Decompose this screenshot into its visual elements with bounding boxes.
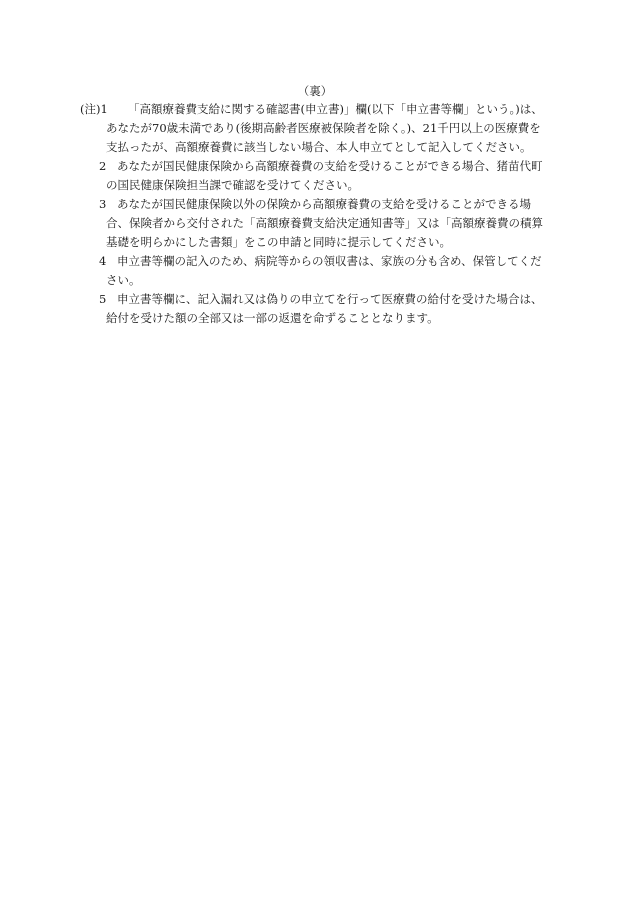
note-4-line-2: さい。 [106,272,141,288]
note-2-line-2: の国民健康保険担当課で確認を受けてください。 [106,177,359,193]
note-2-line-1: あなたが国民健康保険から高額療養費の支給を受けることができる場合、猪苗代町 [117,158,543,174]
note-3-line-2: 合、保険者から交付された「高額療養費支給決定通知書等」又は「高額療養費の積算 [106,215,543,231]
note-4-number: 4 [99,253,106,269]
note-label: (注)1 [80,101,108,117]
note-5-number: 5 [99,291,106,307]
note-3-line-1: あなたが国民健康保険以外の保険から高額療養費の支給を受けることができる場 [117,196,531,212]
page-title: （裏） [0,83,630,99]
note-3-line-3: 基礎を明らかにした書類」をこの申請と同時に提示してください。 [106,234,451,250]
note-1-line-1: 「高額療養費支給に関する確認書(申立書)」欄(以下「申立書等欄」という。)は、 [128,101,543,117]
note-1-line-3: 支払ったが、高額療養費に該当しない場合、本人申立てとして記入してください。 [106,139,532,155]
note-3-number: 3 [99,196,106,212]
note-5-line-2: 給付を受けた額の全部又は一部の返還を命ずることとなります。 [106,310,439,326]
note-4-line-1: 申立書等欄の記入のため、病院等からの領収書は、家族の分も含め、保管してくだ [117,253,542,269]
note-2-number: 2 [99,158,106,174]
note-1-line-2: あなたが70歳未満であり(後期高齢者医療被保険者を除く。)、21千円以上の医療費… [106,120,541,136]
note-5-line-1: 申立書等欄に、記入漏れ又は偽りの申立てを行って医療費の給付を受けた場合は、 [117,291,543,307]
document-page: （裏） (注)1 「高額療養費支給に関する確認書(申立書)」欄(以下「申立書等欄… [0,0,630,916]
